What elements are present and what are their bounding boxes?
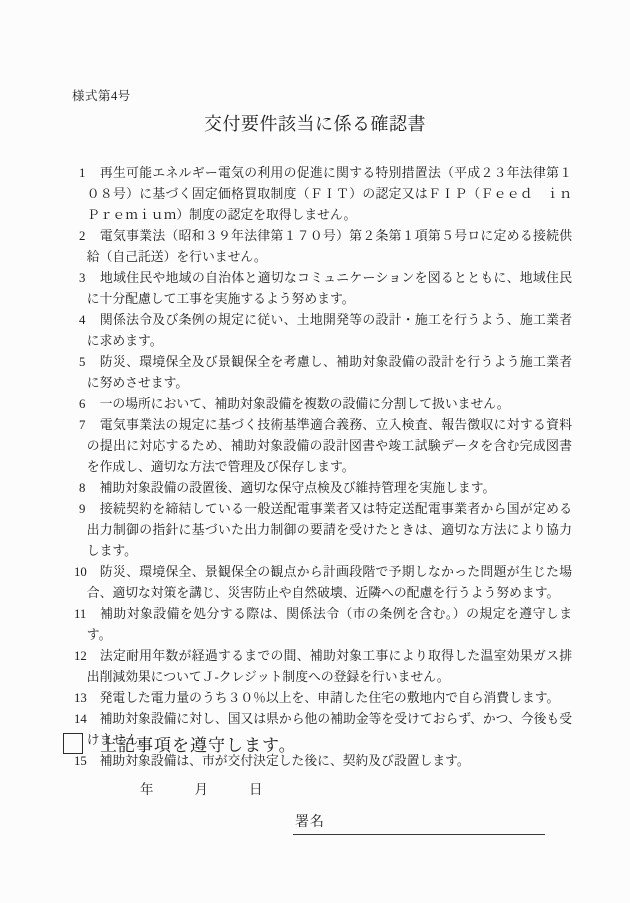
item-text: 接続契約を締結している一般送配電事業者又は特定送配電事業者から国が定める出力制御…: [87, 502, 572, 558]
month-label: 月: [195, 778, 209, 798]
confirmation-item: 10防災、環境保全、景観保全の観点から計画段階で予期しなかった問題が生じた場合、…: [74, 562, 572, 604]
item-text: 一の場所において、補助対象設備を複数の設備に分割して扱いません。: [100, 397, 510, 411]
confirmation-item: 12法定耐用年数が経過するまでの間、補助対象工事により取得した温室効果ガス排出削…: [74, 646, 572, 688]
confirmation-item: 2電気事業法（昭和３９年法律第１７０号）第２条第１項第５号ロに定める接続供給（自…: [74, 226, 572, 268]
confirmation-item: 4関係法令及び条例の規定に従い、土地開発等の設計・施工を行うよう、施工業者に求め…: [74, 310, 572, 352]
item-text: 地域住民や地域の自治体と適切なコミュニケーションを図るとともに、地域住民に十分配…: [87, 271, 572, 306]
confirmation-item: 1再生可能エネルギー電気の利用の促進に関する特別措置法（平成２３年法律第１０８号…: [74, 163, 572, 226]
confirmation-item: 13発電した電力量のうち３０％以上を、申請した住宅の敷地内で自ら消費します。: [74, 688, 572, 709]
confirmation-item: 6一の場所において、補助対象設備を複数の設備に分割して扱いません。: [74, 394, 572, 415]
item-number: 11: [74, 604, 100, 625]
confirmation-list: 1再生可能エネルギー電気の利用の促進に関する特別措置法（平成２３年法律第１０８号…: [74, 163, 572, 772]
confirmation-item: 5防災、環境保全及び景観保全を考慮し、補助対象設備の設計を行うよう施工業者に努め…: [74, 352, 572, 394]
item-number: 2: [74, 226, 100, 247]
item-text: 防災、環境保全及び景観保全を考慮し、補助対象設備の設計を行うよう施工業者に努めさ…: [87, 355, 572, 390]
document-title: 交付要件該当に係る確認書: [0, 110, 630, 136]
item-number: 1: [74, 163, 100, 184]
item-text: 電気事業法の規定に基づく技術基準適合義務、立入検査、報告徴収に対する資料の提出に…: [87, 418, 572, 474]
item-text: 発電した電力量のうち３０％以上を、申請した住宅の敷地内で自ら消費します。: [100, 691, 560, 705]
item-text: 補助対象設備の設置後、適切な保守点検及び維持管理を実施します。: [100, 481, 496, 495]
item-text: 法定耐用年数が経過するまでの間、補助対象工事により取得した温室効果ガス排出削減効…: [87, 649, 572, 684]
item-text: 防災、環境保全、景観保全の観点から計画段階で予期しなかった問題が生じた場合、適切…: [87, 565, 572, 600]
signature-field[interactable]: 署名: [293, 811, 545, 835]
day-label: 日: [249, 778, 263, 798]
item-number: 6: [74, 394, 100, 415]
declaration-text: 上記事項を遵守します。: [100, 731, 297, 756]
item-number: 13: [74, 688, 100, 709]
item-number: 12: [74, 646, 100, 667]
year-label: 年: [140, 778, 154, 798]
item-text: 再生可能エネルギー電気の利用の促進に関する特別措置法（平成２３年法律第１０８号）…: [87, 166, 585, 222]
item-number: 7: [74, 415, 100, 436]
signature-label: 署名: [293, 815, 325, 830]
confirmation-item: 8補助対象設備の設置後、適切な保守点検及び維持管理を実施します。: [74, 478, 572, 499]
confirmation-item: 7電気事業法の規定に基づく技術基準適合義務、立入検査、報告徴収に対する資料の提出…: [74, 415, 572, 478]
compliance-checkbox[interactable]: [63, 733, 83, 754]
item-text: 電気事業法（昭和３９年法律第１７０号）第２条第１項第５号ロに定める接続供給（自己…: [87, 229, 572, 264]
item-number: 4: [74, 310, 100, 331]
item-number: 9: [74, 499, 100, 520]
item-number: 10: [74, 562, 100, 583]
item-text: 関係法令及び条例の規定に従い、土地開発等の設計・施工を行うよう、施工業者に求めま…: [87, 313, 572, 348]
item-number: 14: [74, 709, 100, 730]
document-page: 様式第4号 交付要件該当に係る確認書 1再生可能エネルギー電気の利用の促進に関す…: [0, 0, 630, 903]
confirmation-item: 3地域住民や地域の自治体と適切なコミュニケーションを図るとともに、地域住民に十分…: [74, 268, 572, 310]
confirmation-item: 11補助対象設備を処分する際は、関係法令（市の条例を含む。）の規定を遵守します。: [74, 604, 572, 646]
form-number: 様式第4号: [72, 86, 131, 104]
item-number: 8: [74, 478, 100, 499]
item-number: 5: [74, 352, 100, 373]
item-number: 3: [74, 268, 100, 289]
date-line: 年 月 日: [140, 778, 263, 798]
declaration-row: 上記事項を遵守します。: [63, 731, 297, 756]
confirmation-item: 9接続契約を締結している一般送配電事業者又は特定送配電事業者から国が定める出力制…: [74, 499, 572, 562]
item-text: 補助対象設備は、市が交付決定した後に、契約及び設置します。: [100, 754, 470, 768]
item-text: 補助対象設備を処分する際は、関係法令（市の条例を含む。）の規定を遵守します。: [87, 607, 572, 642]
